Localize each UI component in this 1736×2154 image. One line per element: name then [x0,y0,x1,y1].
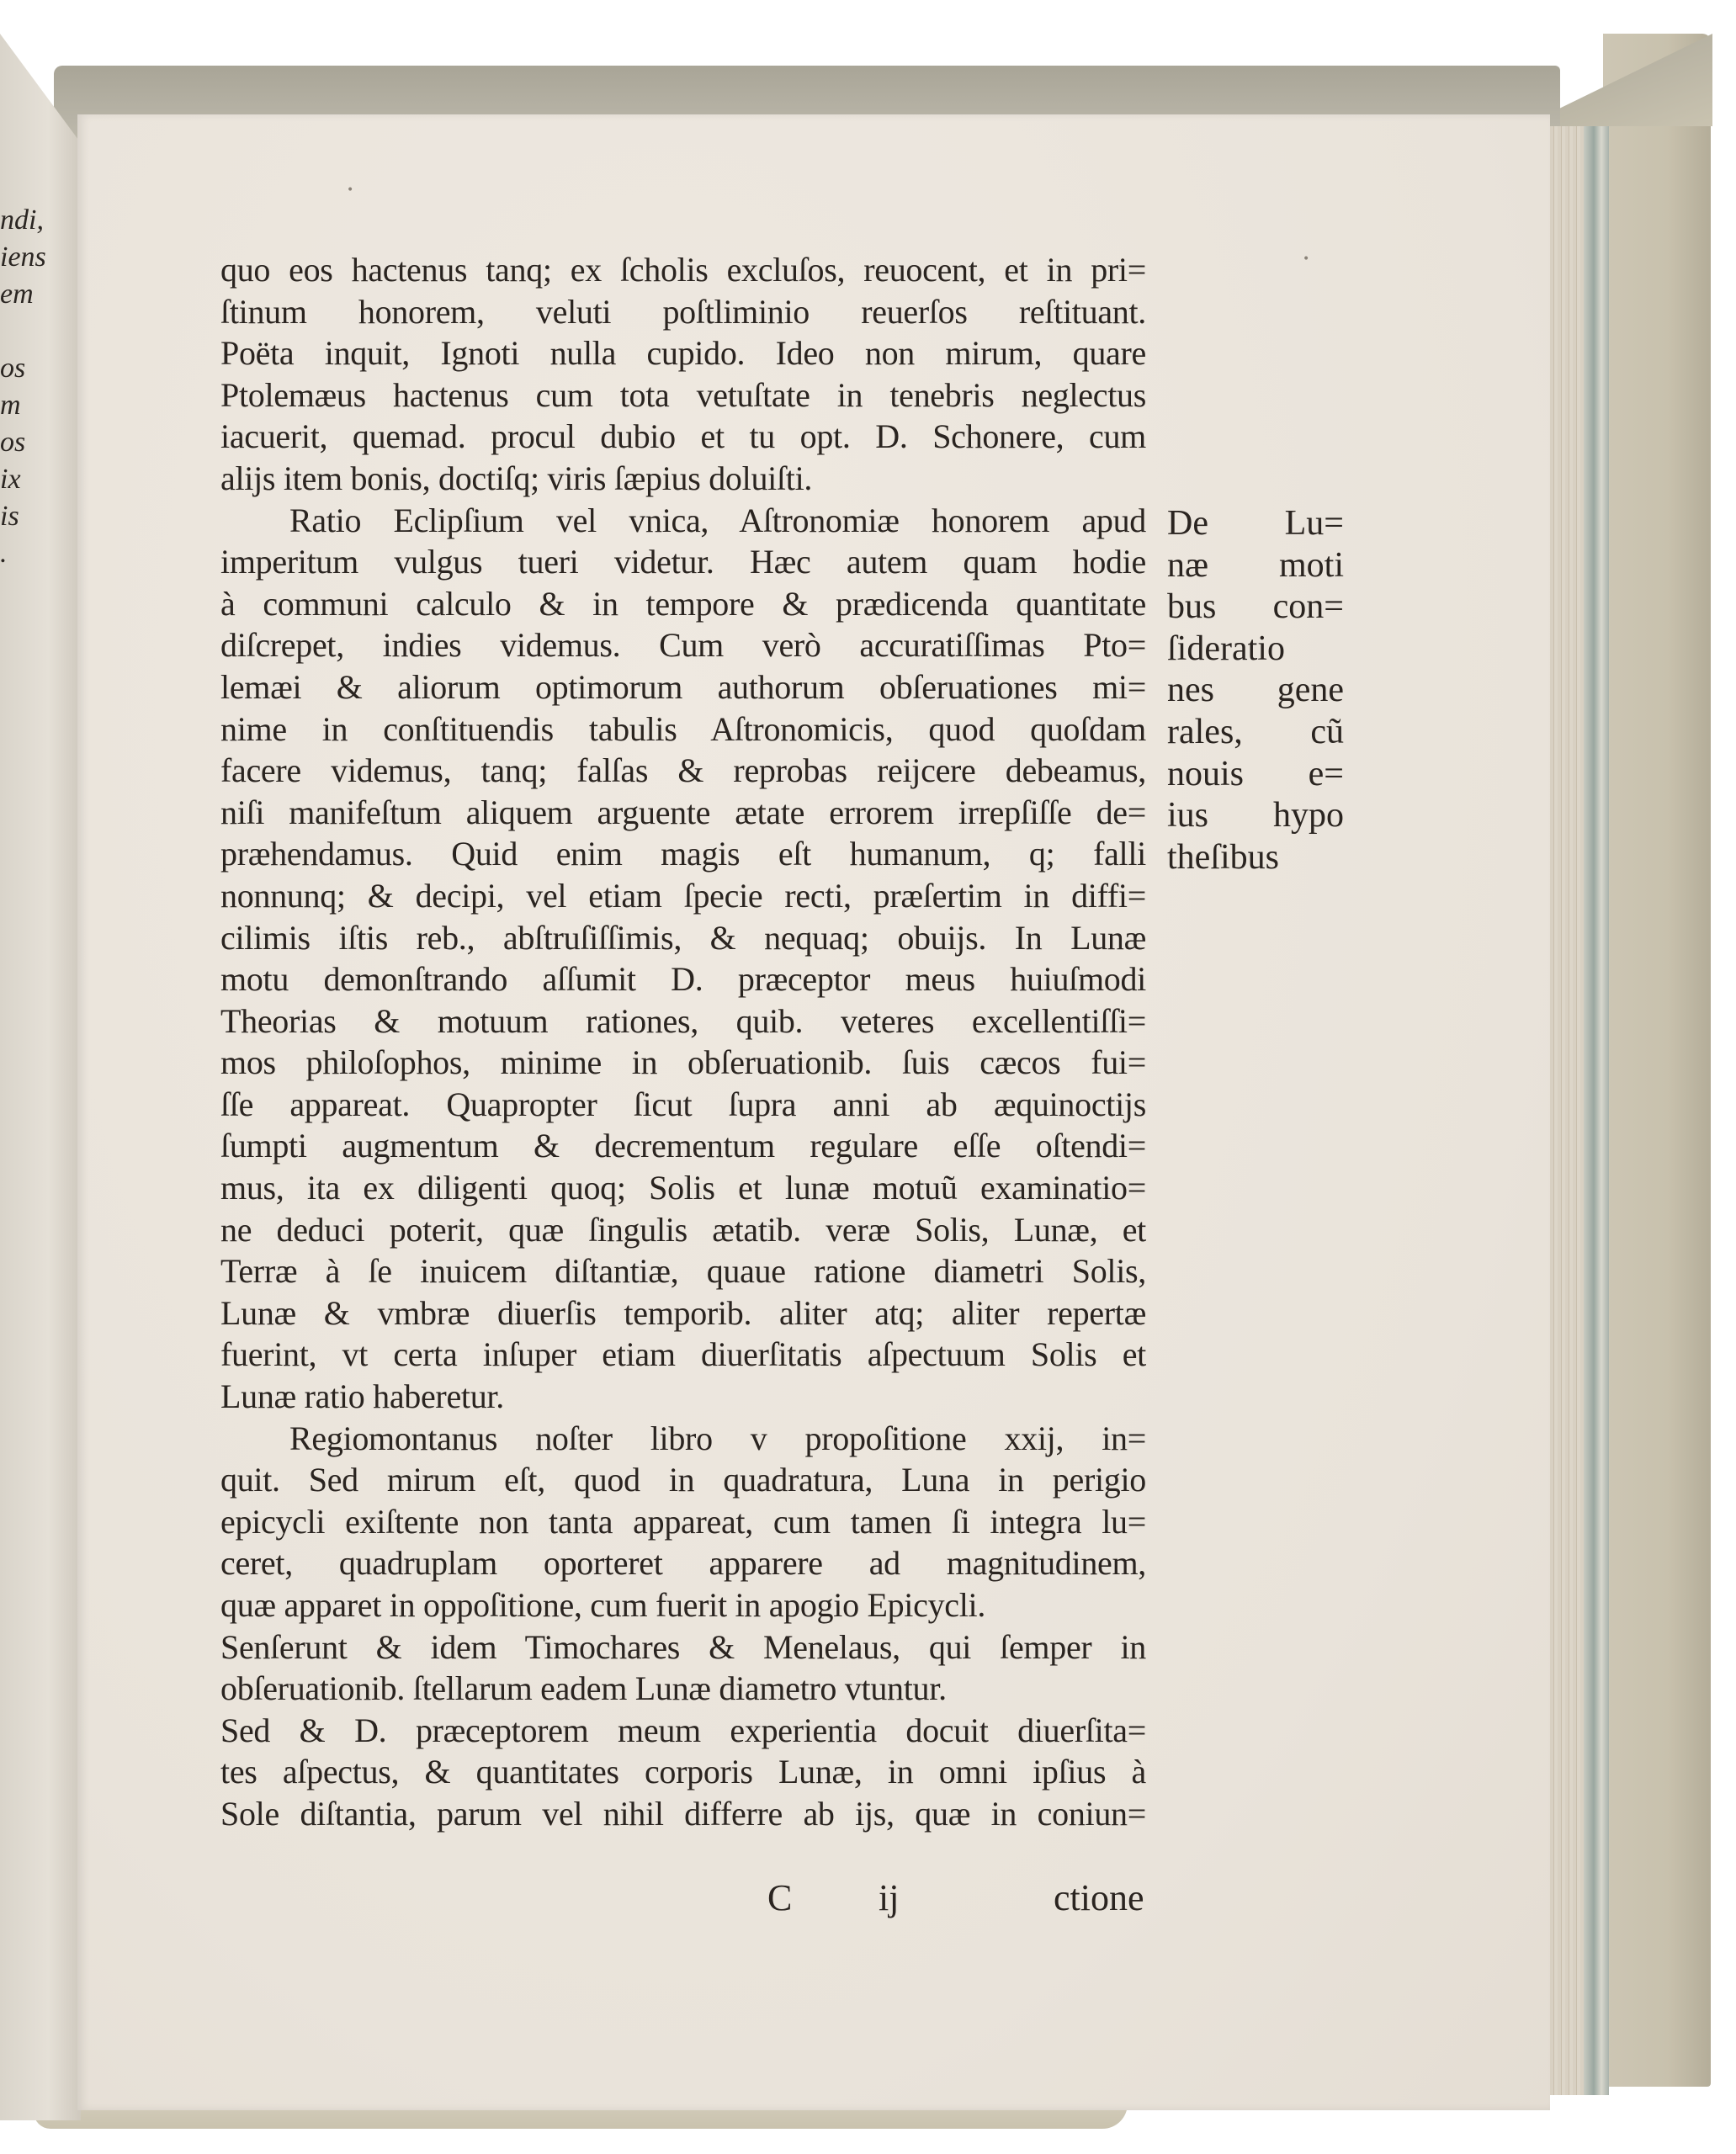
main-text-column: quo eos hactenus tanq; ex ſcholis excluſ… [220,249,1146,1835]
signature-mark-number: ij [879,1876,899,1919]
text-line: Theorias & motuum rationes, quib. vetere… [220,1000,1146,1043]
ink-speck: • [347,183,353,197]
text-line: mos philoſophos, minime in obſeruationib… [220,1042,1146,1084]
gloss-line: nouis e= [1167,754,1344,796]
ink-speck: • [1303,252,1309,266]
text-line: lemæi & aliorum optimorum authorum obſer… [220,666,1146,708]
gloss-line: rales, cũ [1167,712,1344,754]
text-line: Terræ à ſe inuicem diſtantiæ, quaue rati… [220,1250,1146,1292]
text-line: iacuerit, quemad. procul dubio et tu opt… [220,416,1146,458]
gloss-line: De Lu= [1167,503,1344,545]
text-line: quo eos hactenus tanq; ex ſcholis excluſ… [220,249,1146,291]
text-line: Lunæ & vmbræ diuerſis temporib. aliter a… [220,1292,1146,1334]
text-line: ceret, quadruplam oporteret apparere ad … [220,1542,1146,1584]
text-line: ſtinum honorem, veluti poſtliminio reuer… [220,291,1146,333]
text-line: Ptolemæus hactenus cum tota vetuſtate in… [220,374,1146,416]
left-page-edge: ndi, iens em os m os ix is . [0,34,81,2120]
gloss-line: nes gene [1167,670,1344,712]
marginal-gloss: De Lu= næ moti bus con= ſideratio nes ge… [1167,503,1344,878]
text-line: fuerint, vt certa inſuper etiam diuerſit… [220,1334,1146,1376]
text-line: ne deduci poterit, quæ ſingulis ætatib. … [220,1209,1146,1251]
text-line: Sole diſtantia, parum vel nihil differre… [220,1793,1146,1835]
text-line: Lunæ ratio haberetur. [220,1376,1146,1418]
text-line: à communi calculo & in tempore & prædice… [220,583,1146,625]
text-line: alijs item bonis, doctiſq; viris ſæpius … [220,458,1146,500]
text-line: cilimis iſtis reb., abſtruſiſſimis, & ne… [220,917,1146,959]
catchword: ctione [1054,1876,1144,1919]
gloss-line: theſibus [1167,837,1344,879]
text-line: Poëta inquit, Ignoti nulla cupido. Ideo … [220,332,1146,374]
text-line: diſcrepet, indies videmus. Cum verò accu… [220,624,1146,666]
text-line: ſumpti augmentum & decrementum regulare … [220,1125,1146,1167]
text-line: obſeruationib. ſtellarum eadem Lunæ diam… [220,1668,1146,1710]
paragraph-start: Ratio Eclipſium vel vnica, Aſtronomiæ ho… [220,500,1146,542]
marbled-page-edge [1584,126,1609,2095]
gloss-line: bus con= [1167,586,1344,629]
text-line: nime in conſtituendis tabulis Aſtronomic… [220,708,1146,751]
text-line: tes aſpectus, & quantitates corporis Lun… [220,1751,1146,1793]
text-line: motu demonſtrando aſſumit D. præceptor m… [220,958,1146,1000]
text-line: Senſerunt & idem Timochares & Menelaus, … [220,1626,1146,1669]
text-line: ſſe appareat. Quapropter ſicut ſupra ann… [220,1084,1146,1126]
text-line: quæ apparet in oppoſitione, cum fuerit i… [220,1584,1146,1626]
text-line: facere videmus, tanq; falſas & reprobas … [220,750,1146,792]
gloss-line: næ moti [1167,545,1344,587]
paragraph-start: Regiomontanus noſter libro v propoſition… [220,1418,1146,1460]
vellum-back-cover [1603,34,1711,2087]
left-page-text-fragments: ndi, iens em os m os ix is . [0,202,76,572]
text-line: quit. Sed mirum eſt, quod in quadratura,… [220,1459,1146,1501]
text-line: epicycli exiſtente non tanta appareat, c… [220,1501,1146,1543]
text-line: Sed & D. præceptorem meum experientia do… [220,1710,1146,1752]
text-line: imperitum vulgus tueri videtur. Hæc aute… [220,541,1146,583]
gloss-line: ſideratio [1167,629,1344,671]
signature-mark-letter: C [767,1876,792,1919]
text-line: nonnunq; & decipi, vel etiam ſpecie rect… [220,875,1146,917]
text-line: præhendamus. Quid enim magis eſt humanum… [220,833,1146,875]
gloss-line: ius hypo [1167,795,1344,837]
text-line: niſi manifeſtum aliquem arguente ætate e… [220,792,1146,834]
text-line: mus, ita ex diligenti quoq; Solis et lun… [220,1167,1146,1209]
